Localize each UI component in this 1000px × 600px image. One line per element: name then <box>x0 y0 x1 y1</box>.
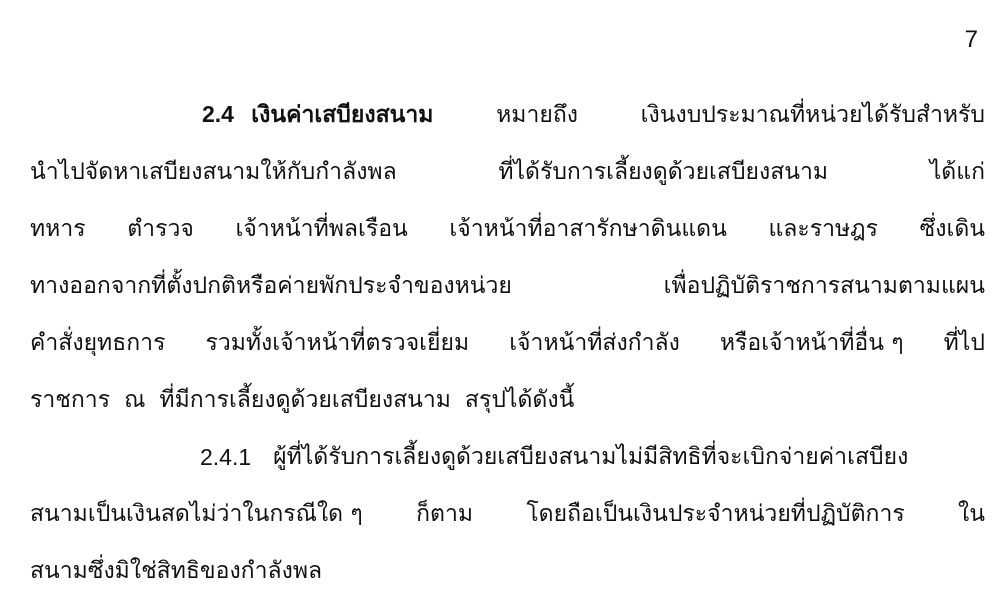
text-segment: นำไปจัดหาเสบียงสนามให้กับกำลังพล <box>30 149 397 195</box>
text-segment: ที่มีการเลี้ยงดูด้วยเสบียงสนาม <box>159 377 451 423</box>
page-number: 7 <box>965 26 978 54</box>
text-segment: ก็ตาม <box>416 491 473 537</box>
text-segment: โดยถือเป็นเงินประจำหน่วยที่ปฏิบัติการ <box>526 491 904 537</box>
text-segment: ทหาร <box>30 206 86 252</box>
paragraph-line: สนามซึ่งมิใช่สิทธิของกำลังพล <box>30 542 985 599</box>
text-segment: หมายถึง <box>496 92 578 138</box>
subsection-number: 2.4.1 <box>200 434 251 480</box>
text-segment: ได้แก่ <box>930 149 985 195</box>
text-segment: ณ <box>124 377 145 423</box>
paragraph-line: นำไปจัดหาเสบียงสนามให้กับกำลังพล ที่ได้ร… <box>30 143 985 200</box>
text-segment: ราชการ <box>30 377 110 423</box>
paragraph-line: 2.4.1 ผู้ที่ได้รับการเลี้ยงดูด้วยเสบียงส… <box>30 428 985 485</box>
text-segment: รวมทั้งเจ้าหน้าที่ตรวจเยี่ยม <box>205 320 469 366</box>
paragraph-line: ทางออกจากที่ตั้งปกติหรือค่ายพักประจำของห… <box>30 257 985 314</box>
text-segment: สรุปได้ดังนี้ <box>465 377 574 423</box>
text-segment: เจ้าหน้าที่ส่งกำลัง <box>509 320 680 366</box>
text-segment: และราษฎร <box>768 206 878 252</box>
text-segment: คำสั่งยุทธการ <box>30 320 165 366</box>
text-segment: ที่ไป <box>944 320 985 366</box>
section-title: เงินค่าเสบียงสนาม <box>251 102 433 128</box>
paragraph-line: คำสั่งยุทธการ รวมทั้งเจ้าหน้าที่ตรวจเยี่… <box>30 314 985 371</box>
text-segment: หรือเจ้าหน้าที่อื่น ๆ <box>720 320 904 366</box>
text-segment: สนามเป็นเงินสดไม่ว่าในกรณีใด ๆ <box>30 491 363 537</box>
text-segment: ที่ได้รับการเลี้ยงดูด้วยเสบียงสนาม <box>498 149 828 195</box>
paragraph-line: ราชการ ณ ที่มีการเลี้ยงดูด้วยเสบียงสนาม … <box>30 371 985 428</box>
text-segment: ตำรวจ <box>127 206 194 252</box>
paragraph-line: ทหาร ตำรวจ เจ้าหน้าที่พลเรือน เจ้าหน้าที… <box>30 200 985 257</box>
text-segment: ซึ่งเดิน <box>920 206 985 252</box>
text-segment: เจ้าหน้าที่พลเรือน <box>236 206 408 252</box>
text-segment: เพื่อปฏิบัติราชการสนามตามแผน <box>664 263 985 309</box>
text-segment: เงินงบประมาณที่หน่วยได้รับสำหรับ <box>641 92 985 138</box>
paragraph-line: สนามเป็นเงินสดไม่ว่าในกรณีใด ๆ ก็ตาม โดย… <box>30 485 985 542</box>
document-body: 2.4 เงินค่าเสบียงสนาม หมายถึง เงินงบประม… <box>30 86 985 599</box>
text-segment: เจ้าหน้าที่อาสารักษาดินแดน <box>449 206 726 252</box>
text-segment: ผู้ที่ได้รับการเลี้ยงดูด้วยเสบียงสนามไม่… <box>273 434 908 480</box>
text-segment: สนามซึ่งมิใช่สิทธิของกำลังพล <box>30 548 322 594</box>
text-segment: ทางออกจากที่ตั้งปกติหรือค่ายพักประจำของห… <box>30 263 512 309</box>
section-number: 2.4 <box>202 101 234 127</box>
paragraph-line: 2.4 เงินค่าเสบียงสนาม หมายถึง เงินงบประม… <box>30 86 985 143</box>
section-heading: 2.4 เงินค่าเสบียงสนาม <box>202 91 433 138</box>
text-segment: ใน <box>958 491 985 537</box>
